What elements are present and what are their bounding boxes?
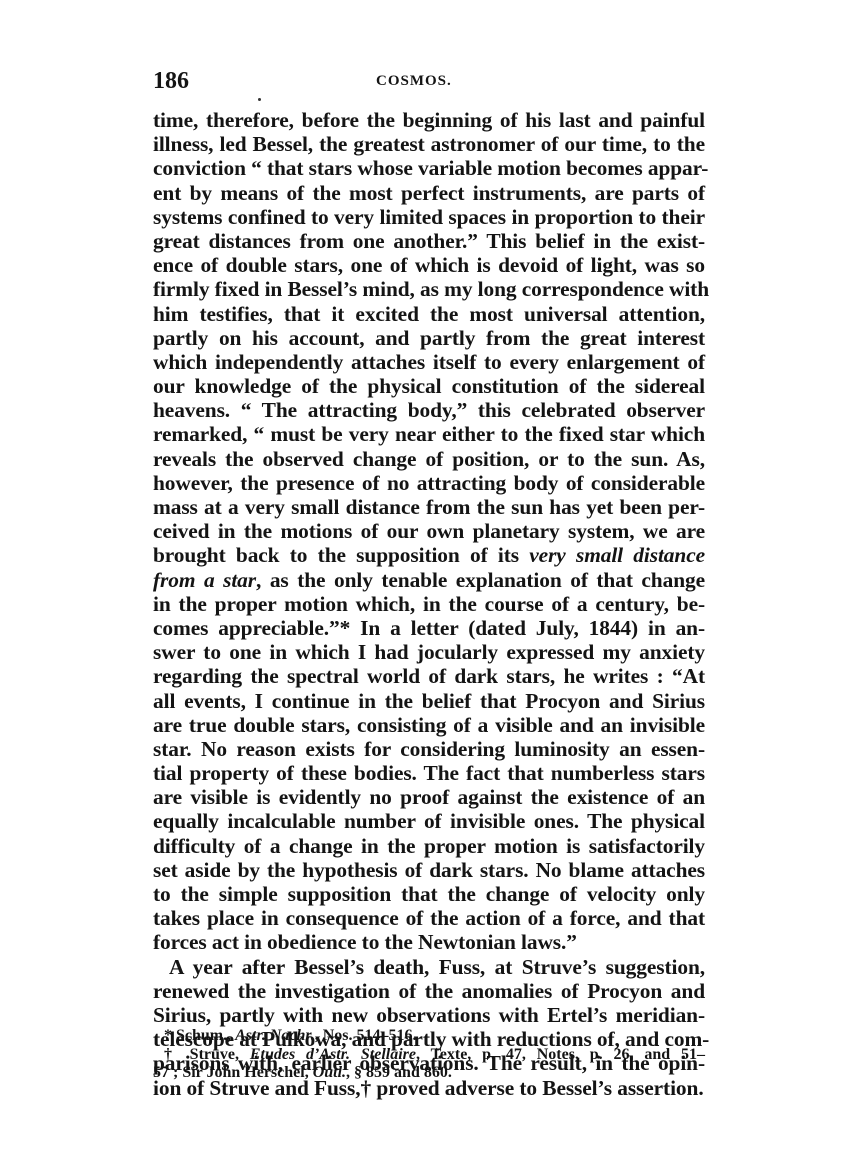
text-segment: , as the only tenable explanation of tha…	[256, 568, 705, 592]
text-line: to the simple supposition that the chang…	[153, 882, 705, 906]
footnotes: * Schum., Astr. Nachr., Nos. 514–516.† S…	[153, 1027, 705, 1083]
print-speck	[258, 98, 261, 101]
text-segment: takes place in consequence of the action…	[153, 906, 705, 930]
text-line: ceived in the motions of our own planeta…	[153, 519, 705, 543]
italic-text: Etudes d’Astr. Stellaire	[250, 1046, 416, 1063]
running-title: COSMOS.	[376, 73, 452, 90]
text-segment: him testifies, that it excited the most …	[153, 302, 705, 326]
text-segment: † Struve,	[164, 1046, 250, 1063]
text-segment: in the proper motion which, in the cours…	[153, 592, 705, 616]
text-segment: equally incalculable number of invisible…	[153, 809, 705, 833]
text-segment: systems confined to very limited spaces …	[153, 205, 705, 229]
text-segment: are visible is evidently no proof agains…	[153, 785, 705, 809]
text-line: partly on his account, and partly from t…	[153, 326, 705, 350]
text-line: difficulty of a change in the proper mot…	[153, 834, 705, 858]
text-line: comes appreciable.”* In a letter (dated …	[153, 616, 705, 640]
text-line: however, the presence of no attracting b…	[153, 471, 705, 495]
text-line: ence of double stars, one of which is de…	[153, 253, 705, 277]
text-segment: , Nos. 514–516.	[315, 1027, 417, 1044]
text-segment: however, the presence of no attracting b…	[153, 471, 705, 495]
text-line: conviction “ that stars whose variable m…	[153, 156, 705, 180]
text-line: set aside by the hypothesis of dark star…	[153, 858, 705, 882]
text-line: tial property of these bodies. The fact …	[153, 761, 705, 785]
text-line: heavens. “ The attracting body,” this ce…	[153, 398, 705, 422]
footnote-line: * Schum., Astr. Nachr., Nos. 514–516.	[153, 1027, 705, 1046]
text-line: him testifies, that it excited the most …	[153, 302, 705, 326]
text-segment: all events, I continue in the belief tha…	[153, 689, 705, 713]
text-line: our knowledge of the physical constituti…	[153, 374, 705, 398]
italic-text: Outl.	[313, 1064, 346, 1081]
text-line: time, therefore, before the beginning of…	[153, 108, 705, 132]
text-segment: mass at a very small distance from the s…	[153, 495, 705, 519]
text-segment: , § 859 and 860.	[346, 1064, 452, 1081]
text-segment: difficulty of a change in the proper mot…	[153, 834, 705, 858]
footnote-line: 57 ; Sir John Herschel, Outl., § 859 and…	[153, 1064, 705, 1083]
text-line: ent by means of the most perfect instrum…	[153, 181, 705, 205]
text-line: in the proper motion which, in the cours…	[153, 592, 705, 616]
text-line: star. No reason exists for considering l…	[153, 737, 705, 761]
text-line: regarding the spectral world of dark sta…	[153, 664, 705, 688]
footnote-line: † Struve, Etudes d’Astr. Stellaire, Text…	[153, 1046, 705, 1065]
text-segment: are true double stars, consisting of a v…	[153, 713, 705, 737]
text-segment: * Schum.,	[164, 1027, 235, 1044]
text-segment: 57 ; Sir John Herschel,	[153, 1064, 313, 1081]
text-segment: Sirius, partly with new observations wit…	[153, 1003, 705, 1027]
text-line: equally incalculable number of invisible…	[153, 809, 705, 833]
text-segment: star. No reason exists for considering l…	[153, 737, 705, 761]
text-segment: partly on his account, and partly from t…	[153, 326, 705, 350]
text-line: are visible is evidently no proof agains…	[153, 785, 705, 809]
text-line: swer to one in which I had jocularly exp…	[153, 640, 705, 664]
text-segment: comes appreciable.”* In a letter (dated …	[153, 616, 705, 640]
text-line: takes place in consequence of the action…	[153, 906, 705, 930]
italic-text: from a star	[153, 568, 256, 592]
text-line: renewed the investigation of the anomali…	[153, 979, 705, 1003]
text-line: from a star, as the only tenable explana…	[153, 568, 705, 592]
text-segment: , Texte, p. 47, Notes, p. 26, and 51–	[416, 1046, 705, 1063]
text-segment: tial property of these bodies. The fact …	[153, 761, 705, 785]
book-page: 186 COSMOS. time, therefore, before the …	[0, 0, 850, 1150]
text-segment: regarding the spectral world of dark sta…	[153, 664, 705, 688]
page-number: 186	[153, 68, 189, 95]
text-segment: renewed the investigation of the anomali…	[153, 979, 705, 1003]
text-segment: set aside by the hypothesis of dark star…	[153, 858, 705, 882]
text-line: all events, I continue in the belief tha…	[153, 689, 705, 713]
text-segment: illness, led Bessel, the greatest astron…	[153, 132, 705, 156]
text-segment: reveals the observed change of position,…	[153, 447, 705, 471]
text-line: A year after Bessel’s death, Fuss, at St…	[153, 955, 705, 979]
text-line: are true double stars, consisting of a v…	[153, 713, 705, 737]
text-segment: swer to one in which I had jocularly exp…	[153, 640, 705, 664]
text-line: brought back to the supposition of its v…	[153, 543, 705, 567]
italic-text: Astr. Nachr.	[235, 1027, 315, 1044]
running-head: 186 COSMOS.	[153, 68, 705, 98]
text-segment: ent by means of the most perfect instrum…	[153, 181, 705, 205]
text-segment: forces act in obedience to the Newtonian…	[153, 930, 577, 954]
text-segment: A year after Bessel’s death, Fuss, at St…	[169, 955, 705, 979]
text-segment: time, therefore, before the beginning of…	[153, 108, 705, 132]
text-segment: remarked, “ must be very near either to …	[153, 422, 705, 446]
text-line: mass at a very small distance from the s…	[153, 495, 705, 519]
text-segment: ence of double stars, one of which is de…	[153, 253, 705, 277]
italic-text: very small distance	[529, 543, 705, 567]
text-segment: ceived in the motions of our own planeta…	[153, 519, 705, 543]
text-segment: our knowledge of the physical constituti…	[153, 374, 705, 398]
text-line: reveals the observed change of position,…	[153, 447, 705, 471]
text-line: firmly fixed in Bessel’s mind, as my lon…	[153, 277, 705, 301]
text-segment: to the simple supposition that the chang…	[153, 882, 705, 906]
text-line: illness, led Bessel, the greatest astron…	[153, 132, 705, 156]
text-line: remarked, “ must be very near either to …	[153, 422, 705, 446]
text-line: Sirius, partly with new observations wit…	[153, 1003, 705, 1027]
text-segment: heavens. “ The attracting body,” this ce…	[153, 398, 705, 422]
text-line: forces act in obedience to the Newtonian…	[153, 930, 705, 954]
text-line: great distances from one another.” This …	[153, 229, 705, 253]
text-segment: great distances from one another.” This …	[153, 229, 705, 253]
text-line: systems confined to very limited spaces …	[153, 205, 705, 229]
text-segment: conviction “ that stars whose variable m…	[153, 156, 708, 180]
text-segment: brought back to the supposition of its	[153, 543, 529, 567]
text-line: which independently attaches itself to e…	[153, 350, 705, 374]
text-segment: firmly fixed in Bessel’s mind, as my lon…	[153, 277, 709, 301]
text-segment: which independently attaches itself to e…	[153, 350, 705, 374]
body-text: time, therefore, before the beginning of…	[153, 108, 705, 1100]
